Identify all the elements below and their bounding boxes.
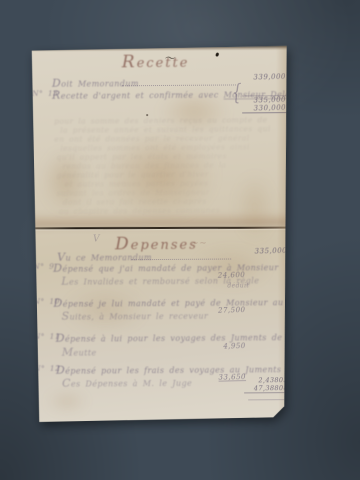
- item-line2: Ces Dépenses à M. le Juge: [62, 376, 192, 390]
- total-line-1: 2,43803: [244, 376, 288, 384]
- amount-brace: {: [232, 79, 242, 106]
- item-note: déduit: [227, 282, 249, 289]
- item-amount: 4,950: [202, 342, 246, 351]
- item-amount: 33,650: [202, 373, 246, 382]
- manuscript-sheet: Recette 〜 Doit Memorandum 339,000 N° 13 …: [30, 45, 291, 424]
- stain-blob: [40, 388, 94, 414]
- stain-blob: [228, 161, 281, 253]
- recettes-memo-amount: 339,000: [242, 73, 286, 82]
- ink-speck: [215, 52, 219, 57]
- faded-line: au chapitre des dépenses communes: [59, 206, 220, 216]
- paper-surface: Recette 〜 Doit Memorandum 339,000 N° 13 …: [30, 45, 291, 424]
- recettes-title: Recette: [122, 52, 190, 72]
- dotted-leader: [122, 75, 236, 86]
- title-flourish: 〜: [164, 50, 176, 66]
- item-amount: 24,600: [201, 271, 245, 280]
- item-line1: Dépensé pour les frais des voyages au Ju…: [56, 362, 281, 377]
- item-amount: 27,500: [201, 306, 245, 315]
- item-line2: Meutte: [62, 345, 97, 358]
- item-line1: Dépensé à lui pour les voyages des Jumen…: [56, 330, 283, 345]
- fold-crease: [29, 227, 291, 230]
- dotted-leader: [131, 250, 231, 261]
- depenses-memo-amount: 335,000: [243, 247, 287, 256]
- entry-text: Recette d'argent et confirmée avec: [52, 91, 219, 101]
- totals-rule: [248, 399, 286, 400]
- item-line1: Dépensé je lui mandaté et payé de Monsie…: [53, 295, 283, 310]
- total-line-2: 47,38808: [244, 384, 288, 393]
- amount-rule: [242, 112, 286, 113]
- title-tail-flourish: ∼∼: [191, 239, 207, 249]
- item-line2: Suites, à Monsieur le receveur: [62, 309, 209, 323]
- item-number: N° 9: [33, 262, 54, 271]
- photo-background: Recette 〜 Doit Memorandum 339,000 N° 13 …: [0, 0, 360, 480]
- margin-ink-mark: V: [93, 234, 100, 244]
